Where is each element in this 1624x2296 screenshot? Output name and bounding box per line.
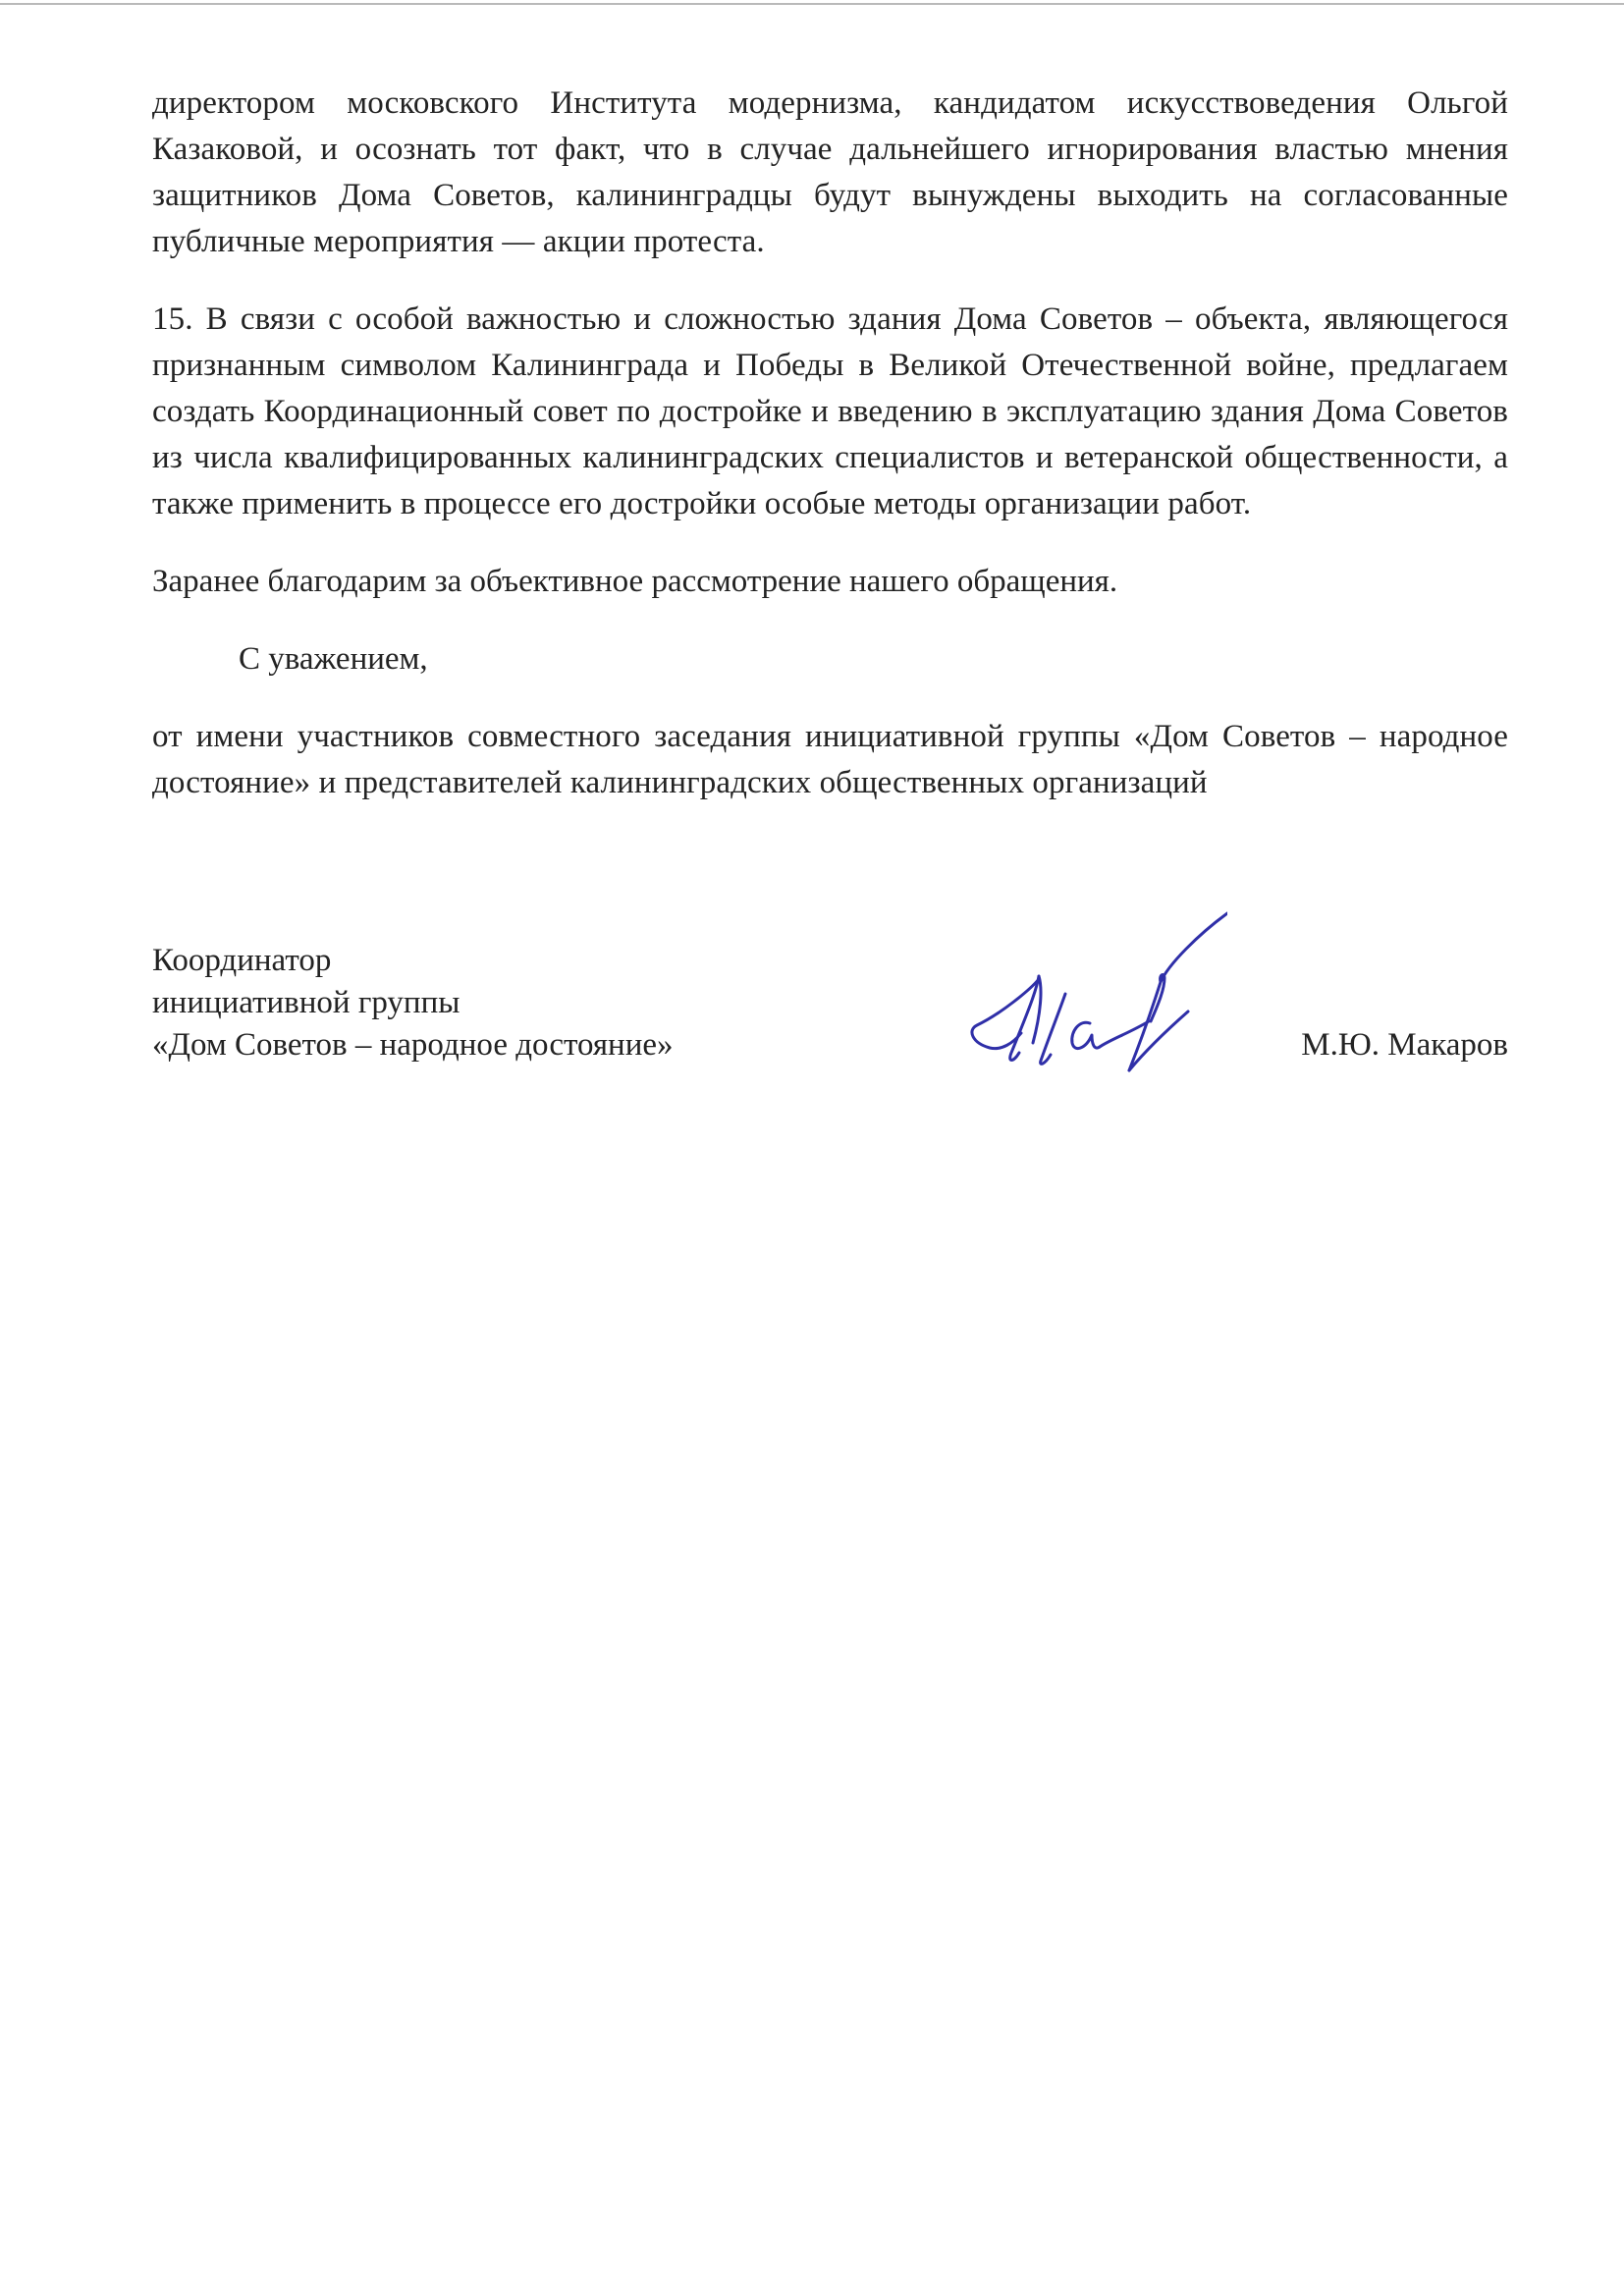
scan-top-edge-line	[0, 3, 1624, 5]
signatory-title: Координатор инициативной группы «Дом Сов…	[152, 940, 674, 1066]
paragraph-continuation: директором московского Института модерни…	[152, 81, 1508, 265]
thanks-line: Заранее благодарим за объективное рассмо…	[152, 559, 1508, 605]
letter-body: директором московского Института модерни…	[152, 81, 1508, 806]
signatory-title-line: Координатор	[152, 940, 674, 982]
signatory-title-line: «Дом Советов – народное достояние»	[152, 1024, 674, 1066]
paragraph-gap	[152, 683, 1508, 714]
paragraph-gap	[152, 265, 1508, 297]
on-behalf-paragraph: от имени участников совместного заседани…	[152, 714, 1508, 806]
signature-block: Координатор инициативной группы «Дом Сов…	[152, 940, 1508, 1077]
paragraph-item-15: 15. В связи с особой важностью и сложнос…	[152, 297, 1508, 527]
signatory-title-line: инициативной группы	[152, 982, 674, 1024]
handwritten-signature-icon	[943, 896, 1227, 1082]
signatory-name: М.Ю. Макаров	[1301, 1024, 1508, 1066]
paragraph-gap	[152, 527, 1508, 559]
closing-salutation: С уважением,	[152, 636, 1508, 683]
paragraph-gap	[152, 605, 1508, 636]
